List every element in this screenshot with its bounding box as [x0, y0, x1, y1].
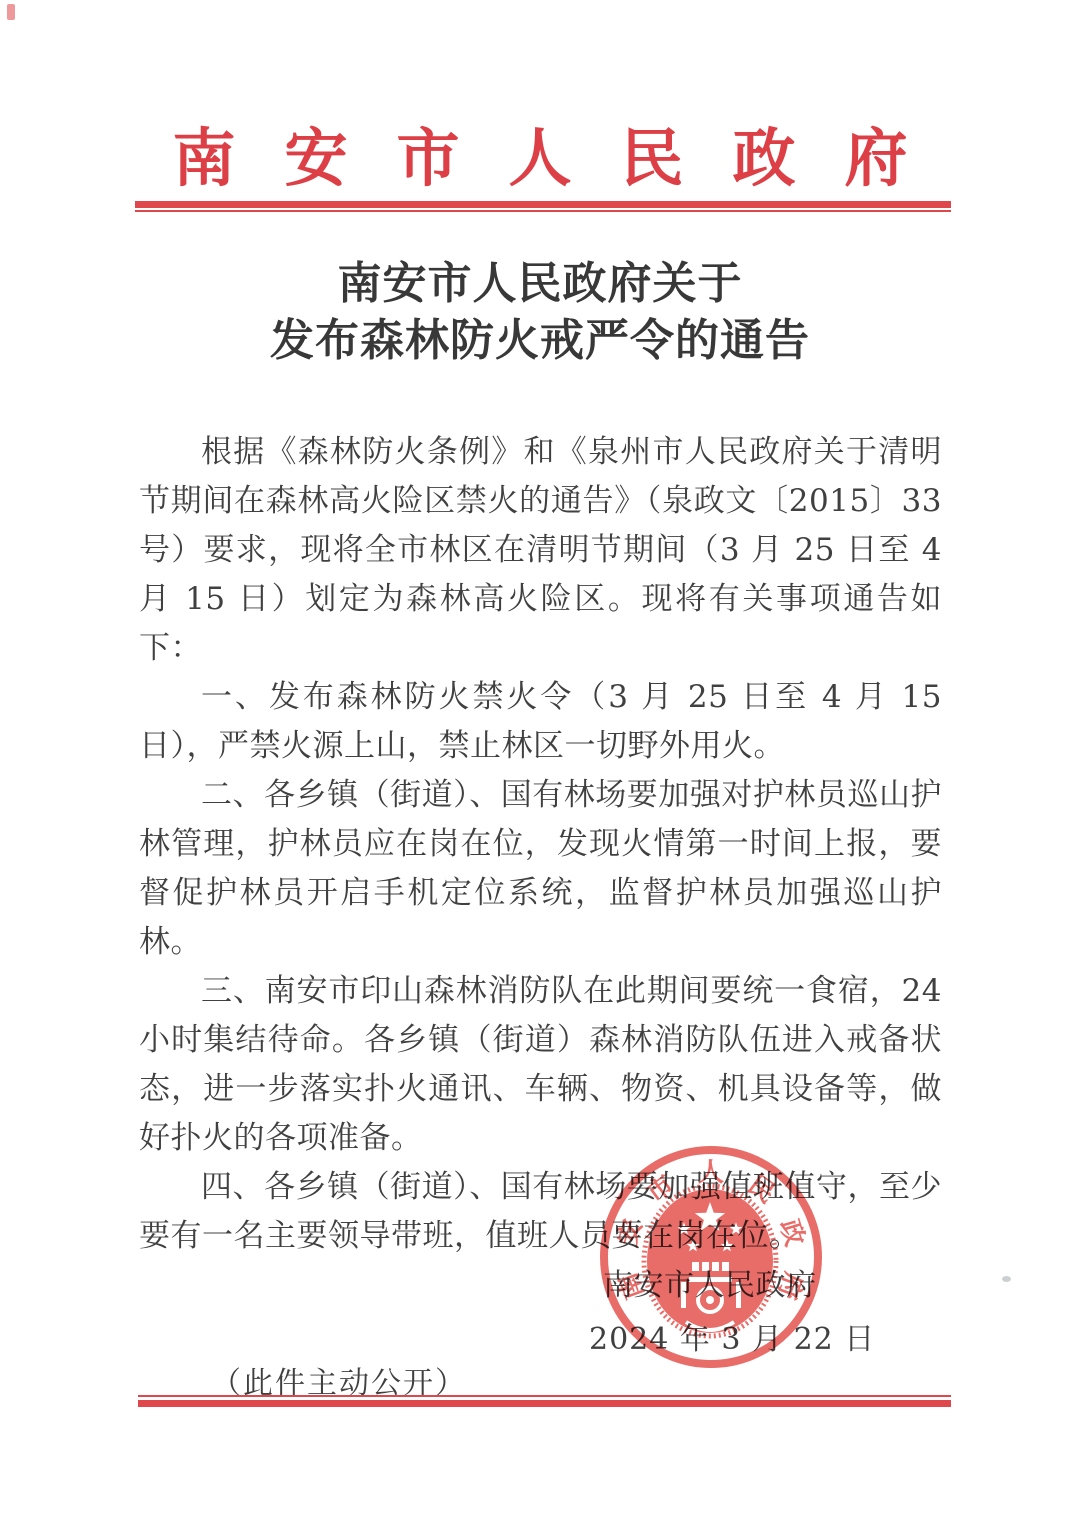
header-divider-thick-line — [135, 201, 951, 208]
body-paragraph: 二、各乡镇（街道）、国有林场要加强对护林员巡山护林管理，护林员应在岗在位，发现火… — [139, 771, 942, 967]
signature-date: 2024 年 3 月 22 日 — [589, 1314, 875, 1358]
footer-divider-thin-line — [138, 1395, 951, 1397]
footer-divider — [138, 1395, 951, 1407]
letterhead-title: 南安市人民政府 — [0, 108, 1080, 199]
document-body: 根据《森林防火条例》和《泉州市人民政府关于清明节期间在森林高火险区禁火的通告》（… — [139, 428, 942, 1261]
document-page: 南安市人民政府 南安市人民政府关于 发布森林防火戒严令的通告 根据《森林防火条例… — [0, 0, 1080, 1527]
scan-artifact — [1002, 1276, 1011, 1282]
header-divider — [135, 201, 951, 212]
document-title-line2: 发布森林防火戒严令的通告 — [0, 312, 1080, 369]
document-title: 南安市人民政府关于 发布森林防火戒严令的通告 — [0, 255, 1080, 369]
scan-artifact — [7, 4, 15, 20]
body-paragraph: 一、发布森林防火禁火令（3 月 25 日至 4 月 15 日），严禁火源上山，禁… — [139, 673, 942, 771]
document-title-line1: 南安市人民政府关于 — [0, 255, 1080, 312]
body-paragraph: 三、南安市印山森林消防队在此期间要统一食宿，24 小时集结待命。各乡镇（街道）森… — [139, 967, 942, 1163]
header-divider-thin-line — [135, 210, 951, 212]
footer-divider-thick-line — [138, 1400, 951, 1407]
signature-agency: 南安市人民政府 — [603, 1260, 817, 1304]
body-paragraph: 根据《森林防火条例》和《泉州市人民政府关于清明节期间在森林高火险区禁火的通告》（… — [139, 428, 942, 673]
body-paragraph: 四、各乡镇（街道）、国有林场要加强值班值守，至少要有一名主要领导带班，值班人员要… — [139, 1163, 942, 1261]
